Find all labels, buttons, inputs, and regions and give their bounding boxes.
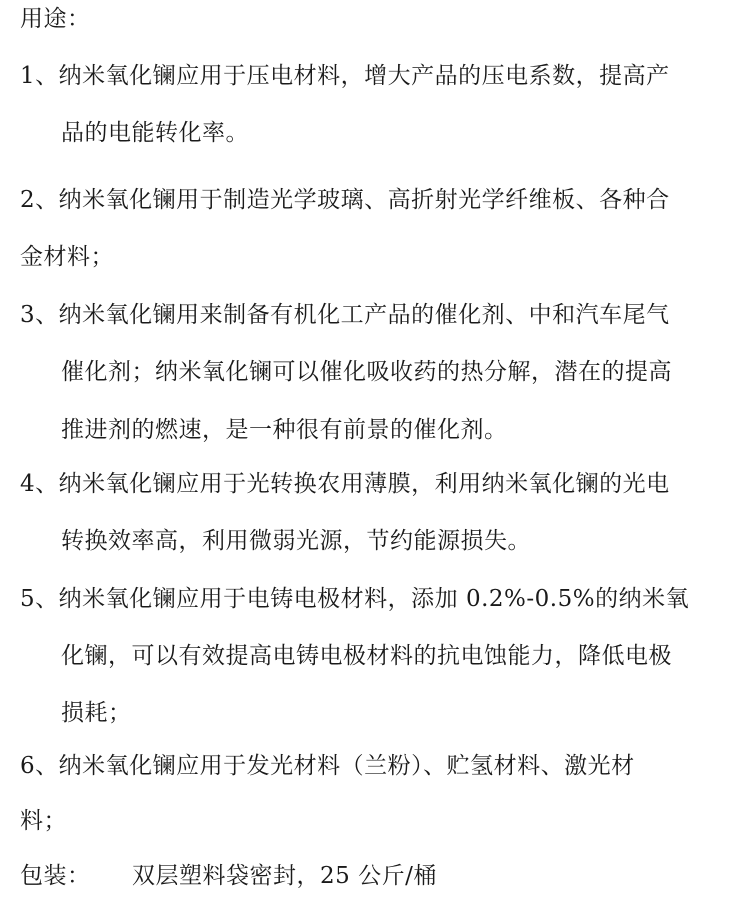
usage-item-5-line-2: 化镧，可以有效提高电铸电极材料的抗电蚀能力，降低电极: [61, 641, 672, 671]
usage-item-3-line-3: 推进剂的燃速，是一种很有前景的催化剂。: [61, 415, 508, 445]
usage-item-4-line-2: 转换效率高，利用微弱光源，节约能源损失。: [61, 526, 531, 556]
usage-item-6-line-1: 6、纳米氧化镧应用于发光材料（兰粉）、贮氢材料、激光材: [20, 751, 635, 781]
usage-item-5-line-1: 5、纳米氧化镧应用于电铸电极材料，添加 0.2%-0.5%的纳米氧: [20, 584, 689, 614]
usage-item-1-line-1: 1、纳米氧化镧应用于压电材料，增大产品的压电系数，提高产: [20, 61, 670, 91]
packaging-label: 包装：: [20, 861, 91, 891]
usage-item-1-line-2: 品的电能转化率。: [61, 118, 249, 148]
usage-item-3-line-2: 催化剂；纳米氧化镧可以催化吸收药的热分解，潜在的提高: [61, 357, 672, 387]
packaging-row: 包装： 双层塑料袋密封，25 公斤/桶: [0, 861, 750, 891]
usage-item-3-line-1: 3、纳米氧化镧用来制备有机化工产品的催化剂、中和汽车尾气: [20, 300, 670, 330]
usage-item-2-line-2: 金材料；: [20, 242, 114, 272]
section-heading-usage: 用途：: [20, 4, 91, 34]
usage-item-4-line-1: 4、纳米氧化镧应用于光转换农用薄膜，利用纳米氧化镧的光电: [20, 469, 670, 499]
usage-item-2-line-1: 2、纳米氧化镧用于制造光学玻璃、高折射光学纤维板、各种合: [20, 185, 670, 215]
packaging-value: 双层塑料袋密封，25 公斤/桶: [132, 861, 437, 891]
usage-item-5-line-3: 损耗；: [61, 698, 132, 728]
usage-item-6-line-2: 料；: [20, 806, 67, 836]
